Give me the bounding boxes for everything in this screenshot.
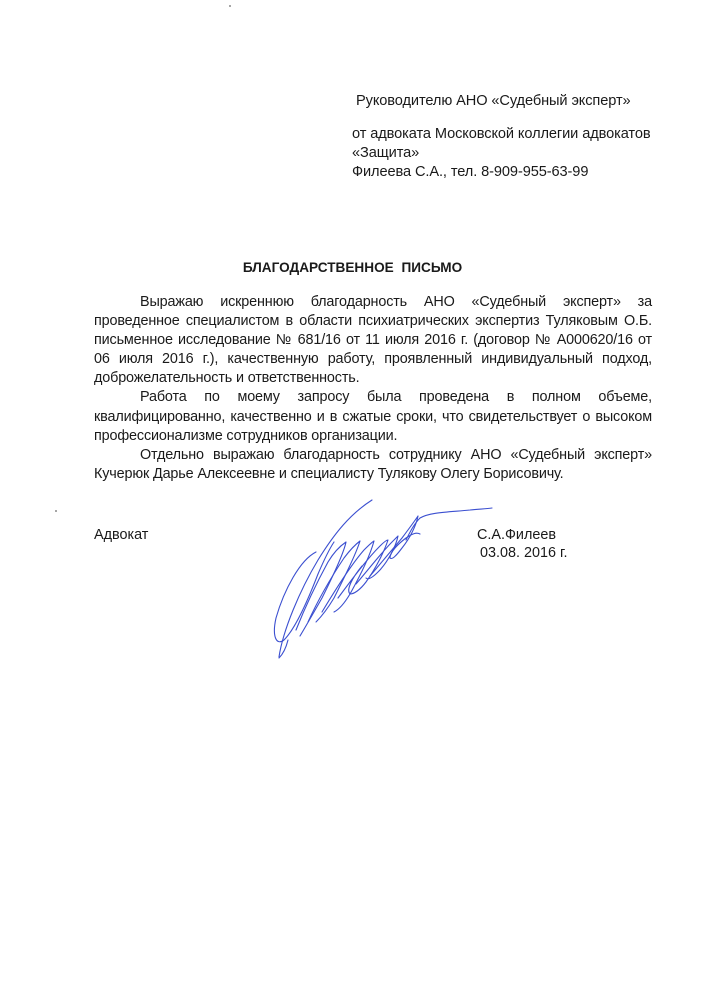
sender-line: «Защита»	[352, 144, 651, 163]
letter-page: Руководителю АНО «Судебный эксперт» от а…	[0, 0, 705, 985]
signer-name: С.А.Филеев	[477, 526, 556, 544]
signer-role: Адвокат	[94, 526, 148, 544]
scan-speck	[229, 5, 231, 7]
scan-speck	[55, 510, 57, 512]
body-paragraph: Отдельно выражаю благодарность сотрудник…	[94, 446, 652, 484]
sender-line: от адвоката Московской коллегии адвокато…	[352, 125, 651, 144]
addressee: Руководителю АНО «Судебный эксперт»	[356, 92, 631, 110]
signature-date: 03.08. 2016 г.	[480, 544, 568, 562]
body-paragraph: Работа по моему запросу была проведена в…	[94, 388, 652, 445]
letter-body: Выражаю искреннюю благодарность АНО «Суд…	[94, 293, 652, 484]
letter-title: БЛАГОДАРСТВЕННОЕ ПИСЬМО	[0, 259, 705, 277]
sender-line: Филеева С.А., тел. 8-909-955-63-99	[352, 163, 651, 182]
body-paragraph: Выражаю искреннюю благодарность АНО «Суд…	[94, 293, 652, 388]
sender-block: от адвоката Московской коллегии адвокато…	[352, 125, 651, 182]
